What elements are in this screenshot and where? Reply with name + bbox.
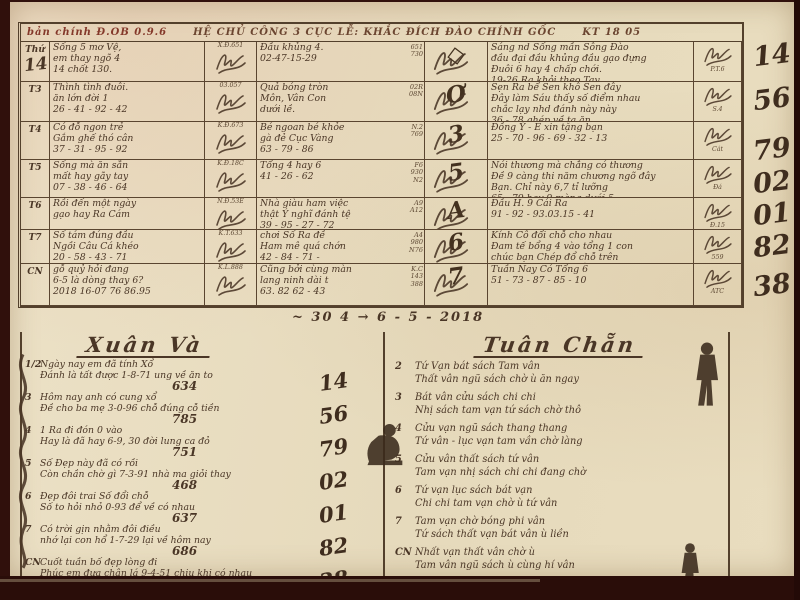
seal-cell: S.4 [694,82,742,122]
poem-a-cell: Số tám đúng đầu Ngồi Câu Cá khéo 20 - 58… [50,230,205,264]
prediction-table: bản chính Đ.OB 0.9.6 HỆ CHỦ CÔNG 3 CỤC L… [18,22,744,308]
seal-code: Đá [697,185,738,191]
poem-b-cell: Đầu khủng 4. 02-47-15-29651 730 [257,42,425,82]
big-seal-cell: Ơ [425,82,488,122]
verse-line: 1 Ra đi đón 0 vào [40,425,370,436]
day-cell: CN [21,264,50,306]
sum-number: 751 [172,445,197,459]
seal-cell: Cát [694,122,742,160]
list-item: 5 Số Đẹp này đã có rồi Còn chần chờ gì 7… [22,458,370,491]
poem-a-cell: Sống mà ăn sẵn mất hay gãy tay 07 - 38 -… [50,160,205,198]
person-sketch-icon [690,340,724,410]
verse-line: Cuốt tuần bố đẹp lòng đi [40,557,370,568]
seal-cell: Đá [694,160,742,198]
date-note: ~ 30 4 → 6 - 5 - 2018 [292,310,484,325]
scan-frame-right [794,0,800,600]
signature-scribble-icon [215,129,247,155]
sum-number: 634 [172,379,197,393]
verse-line: Tứ sách thất vạn bát vân ù liền [415,529,728,542]
verse-line: Chi chi tam vạn chờ ù tứ vân [415,498,728,511]
side-numbers: F6 930 N2 [411,162,423,184]
side-numbers: A4 980 N76 [409,232,423,254]
entry-number: CN [395,547,412,560]
signature-scribble-icon [703,231,733,255]
seal-scribble-icon [431,126,471,156]
side-numbers: N.2 769 [411,124,423,139]
seal-cell: Đ.15 [694,198,742,230]
verse-line: Số Đẹp này đã có rồi [40,458,370,469]
poem-b-cell: chơi Số Ra đề Ham mê quá chớn 42 - 84 - … [257,230,425,264]
side-numbers: A9 A12 [410,200,423,215]
signature-scribble-icon [215,167,247,193]
verse-line: Cửu vân thất sách tứ vân [415,454,728,467]
list-item: 4 1 Ra đi đón 0 vào Hay là đã hay 6-9, 3… [22,425,370,458]
big-seal-cell: A [425,198,488,230]
seal-code: Cát [697,147,738,153]
header-title: HỆ CHỦ CÔNG 3 CỤC LỄ: KHẮC ĐÍCH ĐÀO CHÍN… [193,27,556,38]
margin-doodle-icon [12,350,34,570]
seal-scribble-icon [431,234,471,264]
poem-c-cell: Nói thương mà chẳng có thương Đề 9 càng … [488,160,694,198]
margin-number: 82 [746,228,797,265]
margin-number: 79 [746,131,797,168]
section-title: Tuân Chẵn [473,334,645,358]
poem-b-text: Bé ngoan bé khỏe gà đẻ Cục Vàng 63 - 79 … [260,122,344,155]
section-xuan-va: Xuân Và 1/2 Ngày nay em đã tính Xổ Đánh … [20,332,370,592]
seal-cell: 03.057 [205,82,257,122]
poem-b-text: Quả bóng tròn Môn, Vân Con dưới lề. [260,82,328,115]
list-item: 3 Bát vân cửu sách chi chi Nhị sách tam … [385,392,728,417]
seal-code: P.T.6 [697,67,738,73]
signature-scribble-icon [703,83,733,107]
verse-line: Ngày nay em đã tính Xổ [40,359,370,370]
seal-code: ATC [697,289,738,295]
seal-cell: ATC [694,264,742,306]
day-cell: T3 [21,82,50,122]
side-numbers: K.C 143 388 [411,266,423,288]
seal-code: Đ.15 [697,223,738,229]
seal-cell: X.Đ.651 [205,42,257,82]
signature-scribble-icon [215,237,247,263]
list-item: 2 Tứ Vạn bát sách Tam vân Thất vân ngũ s… [385,361,728,386]
sum-number: 686 [172,544,197,558]
verse-line: Bát vân cửu sách chi chi [415,392,728,405]
poem-b-text: Nhà giàu ham việc thật Ý nghĩ đánh tệ 39… [260,198,351,230]
big-seal-cell: 5 [425,160,488,198]
day-cell: Thứ14 [21,42,50,82]
verse-line: Tứ vân - lục vạn tam vần chờ làng [415,436,728,449]
scanned-lottery-sheet: bản chính Đ.OB 0.9.6 HỆ CHỦ CÔNG 3 CỤC L… [0,0,800,600]
sum-number: 468 [172,478,197,492]
big-seal-cell: 6 [425,230,488,264]
seal-cell: 559 [694,230,742,264]
seal-scribble-icon [431,86,471,116]
signature-scribble-icon [703,161,733,185]
seal-scribble-icon [431,46,471,76]
entry-number: 2 [395,361,402,374]
signature-scribble-icon [215,271,247,297]
big-seal-cell: 3 [425,122,488,160]
poem-b-cell: Quả bóng tròn Môn, Vân Con dưới lề.02R 0… [257,82,425,122]
day-cell: T7 [21,230,50,264]
verse-line: Đẹp đôi trai Số đổi chỗ [40,491,370,502]
poem-a-cell: Rồi đến một ngày gạo hay Ra Cám [50,198,205,230]
poem-a-cell: gỗ quỷ hỏi đang 6-5 là dòng thay 6? 2018… [50,264,205,306]
verse-line: Hôm nay anh có cung xổ [40,392,370,403]
signature-scribble-icon [215,89,247,115]
signature-scribble-icon [703,43,733,67]
day-cell: T6 [21,198,50,230]
list-item: 1/2 Ngày nay em đã tính Xổ Đánh là tất đ… [22,359,370,392]
day-cell: T5 [21,160,50,198]
verse-line: Nhị sách tam vạn tứ sách chờ thô [415,405,728,418]
signature-scribble-icon [703,123,733,147]
poem-c-cell: Kính Cô đổi chỗ cho nhau Đam tế bổng 4 v… [488,230,694,264]
margin-number: 02 [746,164,797,201]
seated-person-sketch-icon [362,420,406,468]
seal-scribble-icon [431,164,471,194]
poem-a-cell: Thình tình đuôi. ăn lớn đời 1 26 - 41 - … [50,82,205,122]
poem-b-cell: Nhà giàu ham việc thật Ý nghĩ đánh tệ 39… [257,198,425,230]
list-item: 5 Cửu vân thất sách tứ vân Tam vạn nhị s… [385,454,728,479]
poem-b-cell: Cũng bởi cùng màn lang ninh dài t 63. 82… [257,264,425,306]
margin-number: 14 [746,37,797,74]
header-code: KT 18 05 [582,27,641,38]
list-item: 7 Tam vạn chờ bóng phi vân Tứ sách thất … [385,516,728,541]
verse-line: Thất vân ngũ sách chờ ù ăn ngay [415,374,728,387]
seal-cell: K.Đ.18C [205,160,257,198]
margin-number: 01 [746,196,797,233]
big-seal-cell: 7 [425,264,488,306]
side-numbers: 651 730 [411,44,423,59]
verse-line: Có trời gịn nhằm đôi điều [40,524,370,535]
seal-cell: K.T.633 [205,230,257,264]
poem-b-cell: Tổng 4 hay 6 41 - 26 - 62F6 930 N2 [257,160,425,198]
poem-b-text: chơi Số Ra đề Ham mê quá chớn 42 - 84 - … [260,230,346,263]
signature-scribble-icon [215,205,247,230]
signature-scribble-icon [703,199,733,223]
poem-b-text: Đầu khủng 4. 02-47-15-29 [260,42,324,64]
big-seal-cell: ◇ [425,42,488,82]
header-edition: bản chính Đ.OB 0.9.6 [27,27,167,38]
entry-number: 6 [395,485,402,498]
day-cell: T4 [21,122,50,160]
seal-cell: P.T.6 [694,42,742,82]
section-title: Xuân Và [76,334,212,358]
seal-cell: N.Đ.53E [205,198,257,230]
verse-line: Tam vạn nhị sách chi chi đang chờ [415,467,728,480]
signature-scribble-icon [215,49,247,75]
list-item: 7 Có trời gịn nhằm đôi điều nhớ lại con … [22,524,370,557]
list-item: 6 Đẹp đôi trai Số đổi chỗ Số to hỏi nhỏ … [22,491,370,524]
list-item: 6 Tứ vạn lục sách bát vạn Chi chi tam vạ… [385,485,728,510]
poem-b-text: Tổng 4 hay 6 41 - 26 - 62 [260,160,321,182]
sum-number: 785 [172,412,197,426]
poem-c-cell: Đầu H. 9 Cái Ra 91 - 92 - 93.03.15 - 41 [488,198,694,230]
side-numbers: 02R 08N [409,84,423,99]
margin-number: 56 [746,81,797,118]
poem-c-cell: Đồng Ý - E xin tặng bạn 25 - 70 - 96 - 6… [488,122,694,160]
verse-line: Tam vạn chờ bóng phi vân [415,516,728,529]
poem-b-text: Cũng bởi cùng màn lang ninh dài t 63. 82… [260,264,352,297]
verse-line: Tứ vạn lục sách bát vạn [415,485,728,498]
poem-c-cell: Sẹn Ra bể Sen khô Sen đây Đây làm Sáu th… [488,82,694,122]
poem-a-cell: Sống 5 mơ Vệ, em thay ngõ 4 14 chốt 130. [50,42,205,82]
scan-frame-line [0,579,540,582]
list-item: 4 Cửu vạn ngũ sách thang thang Tứ vân - … [385,423,728,448]
poem-b-cell: Bé ngoan bé khỏe gà đẻ Cục Vàng 63 - 79 … [257,122,425,160]
verse-line: Cửu vạn ngũ sách thang thang [415,423,728,436]
entry-number: 7 [395,516,402,529]
list-item: 3 Hôm nay anh có cung xổ Đề cho ba mẹ 3-… [22,392,370,425]
seal-cell: K.Đ.673 [205,122,257,160]
seal-code: 559 [697,255,738,261]
table-header: bản chính Đ.OB 0.9.6 HỆ CHỦ CÔNG 3 CỤC L… [21,24,742,42]
entry-number: 3 [395,392,402,405]
poem-c-cell: Sáng nd Sống mần Sông Đào đầu đại đầu kh… [488,42,694,82]
margin-number: 38 [746,267,797,304]
seal-cell: K.L.888 [205,264,257,306]
verse-line: Tứ Vạn bát sách Tam vân [415,361,728,374]
seal-scribble-icon [431,202,471,230]
signature-scribble-icon [703,265,733,289]
poem-c-cell: Tuần Nay Có Tổng 6 51 - 73 - 87 - 85 - 1… [488,264,694,306]
sum-number: 637 [172,511,197,525]
poem-a-cell: Có đỗ ngon trẻ Gắm ghế thó cân 37 - 31 -… [50,122,205,160]
seal-scribble-icon [431,268,471,298]
seal-code: S.4 [697,107,738,113]
day-number: 14 [23,54,47,76]
